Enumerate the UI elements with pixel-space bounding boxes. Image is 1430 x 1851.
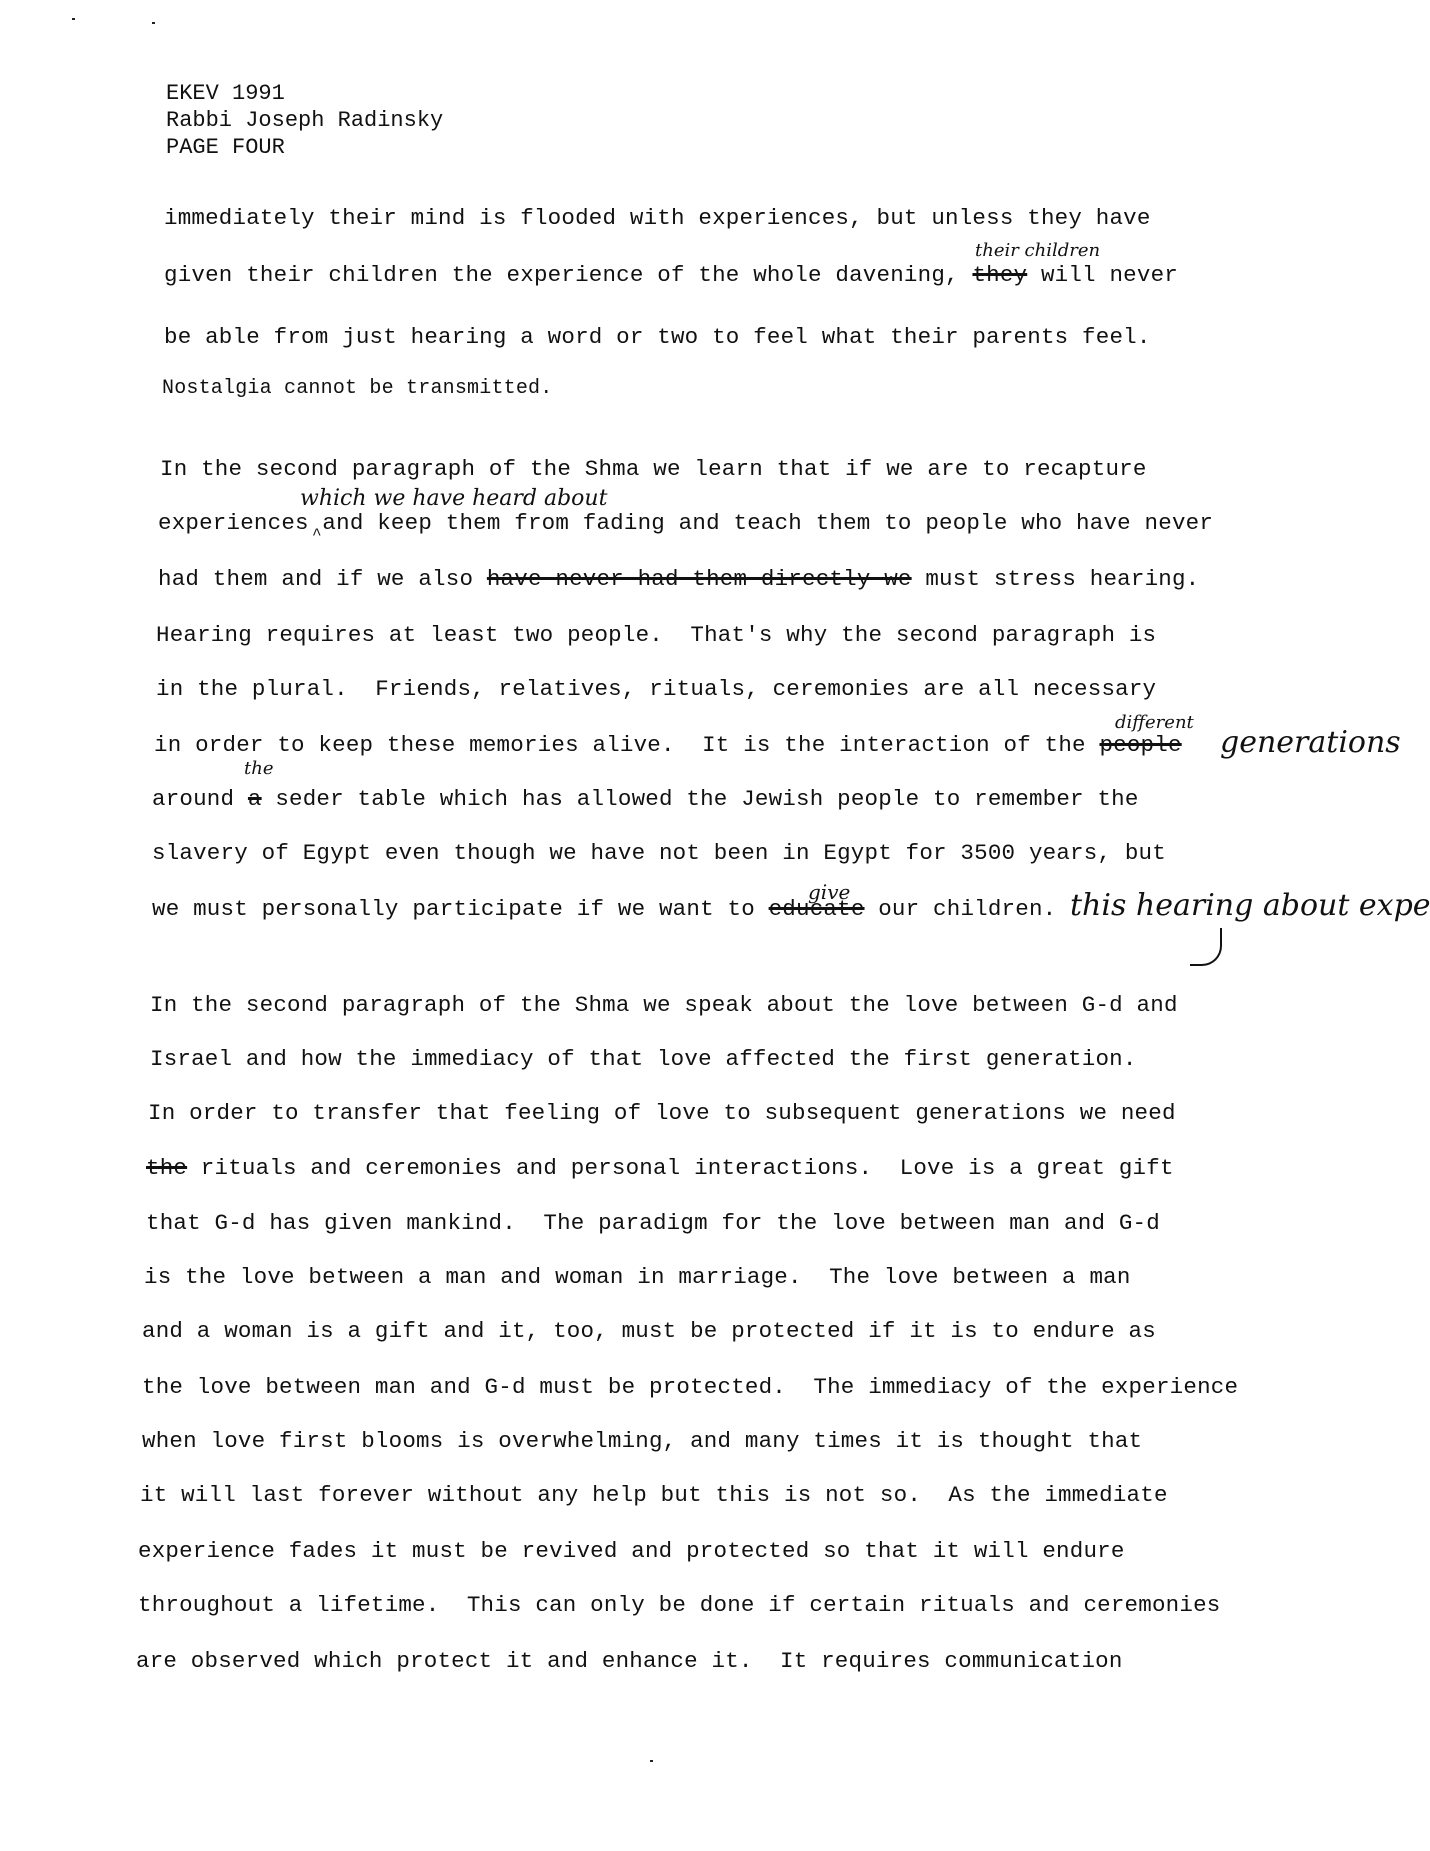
text-line: the love between man and G-d must be pro…	[142, 1374, 1238, 1400]
text-segment: our children.	[865, 896, 1057, 922]
struck-text: educate	[769, 896, 865, 922]
text-line: experiences and keep them from fading an…	[158, 510, 1213, 536]
header-page: PAGE FOUR	[166, 134, 443, 161]
handwritten-stroke	[1190, 928, 1222, 966]
text-line: immediately their mind is flooded with e…	[164, 205, 1151, 231]
text-segment: had them and if we also	[158, 566, 487, 592]
header-title: EKEV 1991	[166, 80, 443, 107]
text-segment: seder table which has allowed the Jewish…	[262, 786, 1139, 812]
struck-text: they	[972, 262, 1027, 288]
text-line: Hearing requires at least two people. Th…	[156, 622, 1156, 648]
text-line: that G-d has given mankind. The paradigm…	[146, 1210, 1160, 1236]
handwritten-annotation: generations	[1220, 725, 1401, 760]
text-line: slavery of Egypt even though we have not…	[152, 840, 1166, 866]
text-line: experience fades it must be revived and …	[138, 1538, 1125, 1564]
header-author: Rabbi Joseph Radinsky	[166, 107, 443, 134]
text-line: around a seder table which has allowed t…	[152, 786, 1139, 812]
text-line: the rituals and ceremonies and personal …	[146, 1155, 1174, 1181]
text-line: in order to keep these memories alive. I…	[154, 732, 1182, 758]
text-line: is the love between a man and woman in m…	[144, 1264, 1131, 1290]
text-segment: we must personally participate if we wan…	[152, 896, 769, 922]
scan-speck	[152, 22, 155, 24]
text-segment: given their children the experience of t…	[164, 262, 972, 288]
struck-text: people	[1099, 732, 1181, 758]
text-line: in the plural. Friends, relatives, ritua…	[156, 676, 1156, 702]
handwritten-annotation: which we have heard about	[300, 486, 607, 511]
text-segment: around	[152, 786, 248, 812]
text-line: Israel and how the immediacy of that lov…	[150, 1046, 1137, 1072]
handwritten-annotation: their children	[975, 240, 1100, 261]
scan-speck	[72, 18, 75, 20]
struck-text: a	[248, 786, 262, 812]
text-segment: rituals and ceremonies and personal inte…	[187, 1155, 1174, 1181]
text-segment: in order to keep these memories alive. I…	[154, 732, 1099, 758]
text-segment: will never	[1027, 262, 1178, 288]
document-header: EKEV 1991 Rabbi Joseph Radinsky PAGE FOU…	[166, 80, 443, 161]
struck-text: have never had them directly we	[487, 566, 912, 592]
text-line: In the second paragraph of the Shma we s…	[150, 992, 1178, 1018]
handwritten-annotation: the	[244, 758, 273, 779]
text-line: Nostalgia cannot be transmitted.	[162, 377, 552, 400]
text-line: and a woman is a gift and it, too, must …	[142, 1318, 1156, 1344]
text-line: it will last forever without any help bu…	[140, 1482, 1168, 1508]
handwritten-annotation: this hearing about experience	[1070, 888, 1430, 923]
text-line: given their children the experience of t…	[164, 262, 1178, 288]
handwritten-annotation: different	[1115, 712, 1194, 733]
text-line: In the second paragraph of the Shma we l…	[160, 456, 1147, 482]
text-line: throughout a lifetime. This can only be …	[138, 1592, 1220, 1618]
text-line: when love first blooms is overwhelming, …	[142, 1428, 1142, 1454]
text-line: are observed which protect it and enhanc…	[136, 1648, 1123, 1674]
text-segment: must stress hearing.	[912, 566, 1200, 592]
text-line: In order to transfer that feeling of lov…	[148, 1100, 1176, 1126]
text-line: be able from just hearing a word or two …	[164, 324, 1151, 350]
text-line: we must personally participate if we wan…	[152, 896, 1056, 922]
scan-speck	[650, 1760, 653, 1762]
struck-text: the	[146, 1155, 187, 1181]
text-line: had them and if we also have never had t…	[158, 566, 1199, 592]
